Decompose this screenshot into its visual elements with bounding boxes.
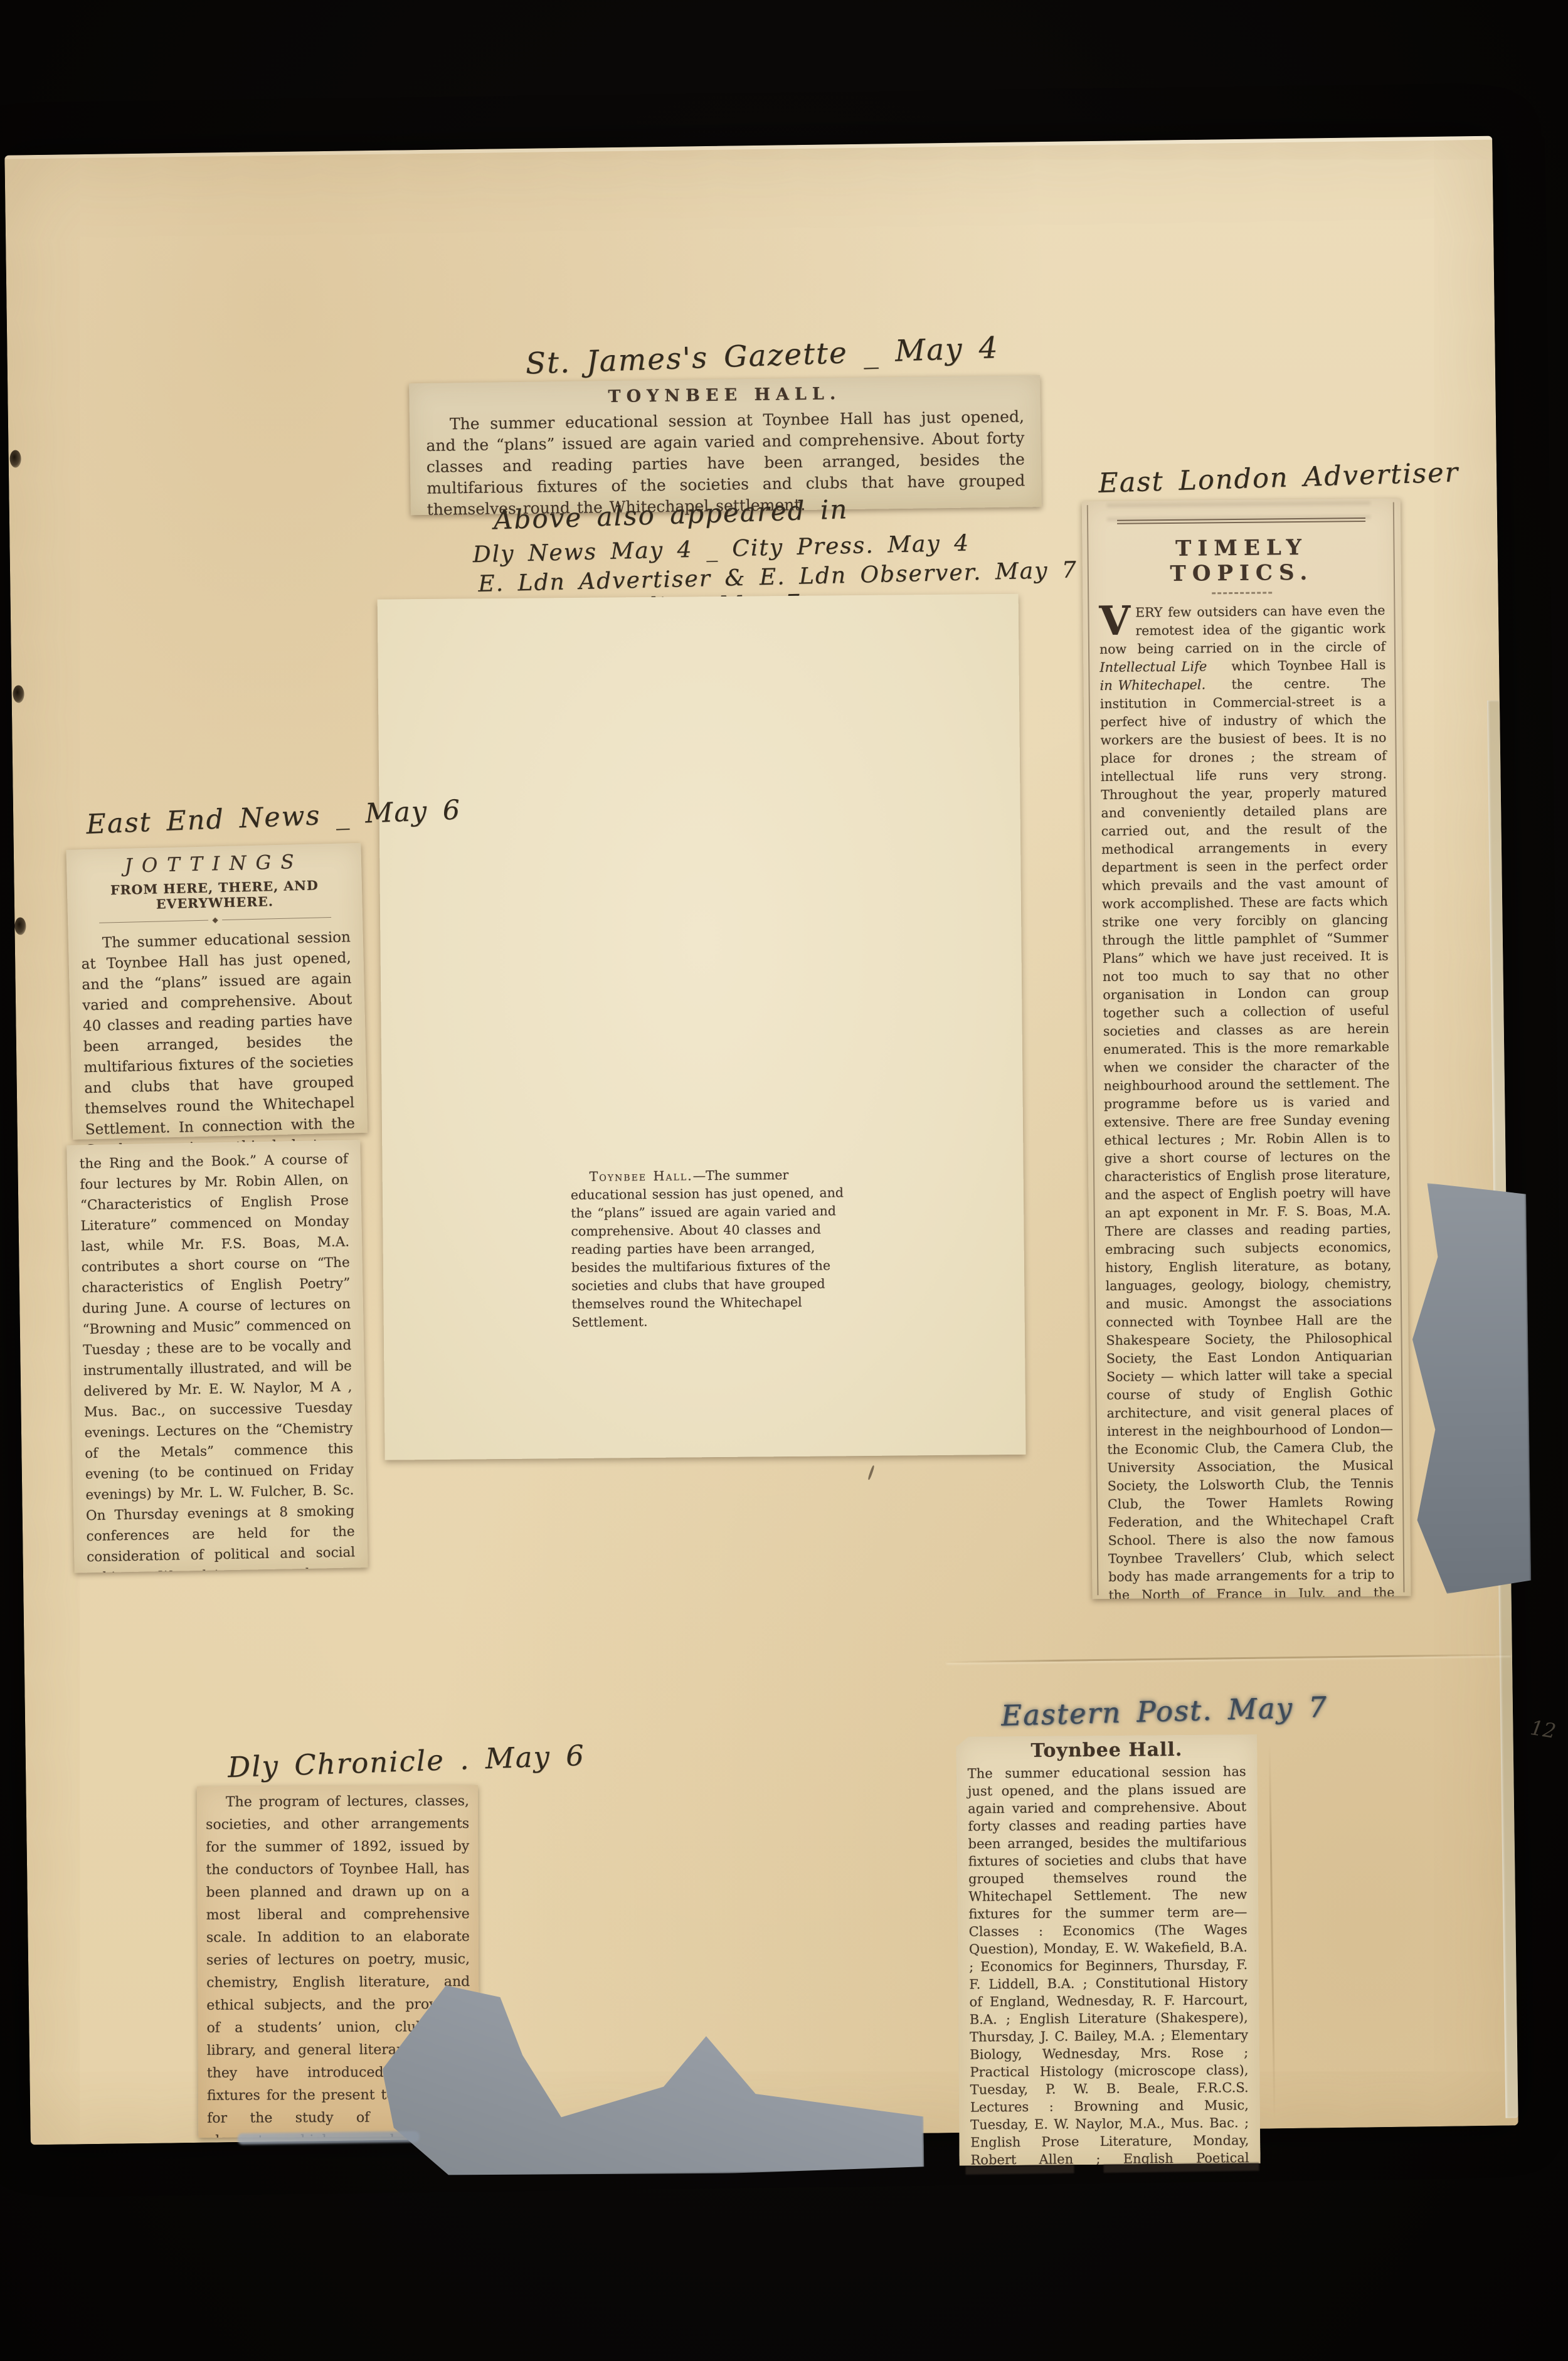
clipping-st-james-gazette: TOYNBEE HALL. The summer educational ses… <box>409 375 1042 515</box>
torn-grey-mount <box>1406 1182 1532 1594</box>
scrapbook-photograph: St. James's Gazette _ May 4 TOYNBEE HALL… <box>0 0 1568 2361</box>
handwritten-source-east-london-advertiser: East London Advertiser <box>1098 457 1459 499</box>
clipping-body-text: —The summer educational session has just… <box>571 1167 844 1330</box>
clipping-body-text: Toynbee Hall is the centre. The institut… <box>1100 657 1396 1600</box>
clipping-timely-topics: TIMELY TOPICS. VERY few outsiders can ha… <box>1082 498 1411 1599</box>
stitch-hole <box>9 450 21 467</box>
torn-grey-patch <box>381 1963 924 2178</box>
clipping-eastern-post: Toynbee Hall. The summer educational ses… <box>956 1734 1260 2166</box>
page-crease <box>1269 1744 1276 2121</box>
clipping-subtitle: FROM HERE, THERE, AND EVERYWHERE. <box>80 877 350 913</box>
clipping-jottings: JOTTINGS FROM HERE, THERE, AND EVERYWHER… <box>66 843 368 1140</box>
drop-cap: V <box>1099 604 1135 639</box>
handwritten-source-daily-chronicle: Dly Chronicle . May 6 <box>227 1739 585 1784</box>
short-rule <box>1212 592 1272 594</box>
clipping-body: the Ring and the Book.” A course of four… <box>79 1149 356 1573</box>
handwritten-source-st-james: St. James's Gazette _ May 4 <box>525 331 999 381</box>
clipping-center-note: Toynbee Hall.—The summer educational ses… <box>570 1152 868 1344</box>
clipping-heading: TOYNBEE HALL. <box>425 381 1024 408</box>
scrapbook-page: St. James's Gazette _ May 4 TOYNBEE HALL… <box>4 136 1518 2145</box>
divider-rule: ◆ <box>99 913 331 927</box>
clipping-body: VERY few outsiders can have even the rem… <box>1099 602 1396 1600</box>
handwritten-source-eastern-post: Eastern Post. May 7 <box>1000 1690 1328 1732</box>
clipping-title: JOTTINGS <box>79 849 349 878</box>
ink-mark <box>867 1465 875 1480</box>
torn-grey-sliver <box>238 2131 420 2145</box>
clipping-heading: Toynbee Hall. <box>967 1738 1246 1762</box>
stitch-hole <box>14 917 26 935</box>
page-crease <box>946 1653 1511 1663</box>
clipping-body: The summer educational session has just … <box>968 1763 1249 2166</box>
clipping-heading: TIMELY TOPICS. <box>1098 534 1385 587</box>
clipping-sidenote: Intellectual Life in Whitechapel. <box>1099 657 1224 695</box>
stitch-hole <box>13 685 24 703</box>
print-bleed-through <box>1107 501 1370 529</box>
clipping-jottings-continuation: the Ring and the Book.” A course of four… <box>66 1140 368 1573</box>
page-number-mark: 12 <box>1528 1716 1557 1743</box>
clipping-lead: Toynbee Hall. <box>590 1168 693 1184</box>
pasted-blank-sheet: Toynbee Hall.—The summer educational ses… <box>378 594 1026 1460</box>
clipping-body: Toynbee Hall.—The summer educational ses… <box>571 1165 868 1331</box>
